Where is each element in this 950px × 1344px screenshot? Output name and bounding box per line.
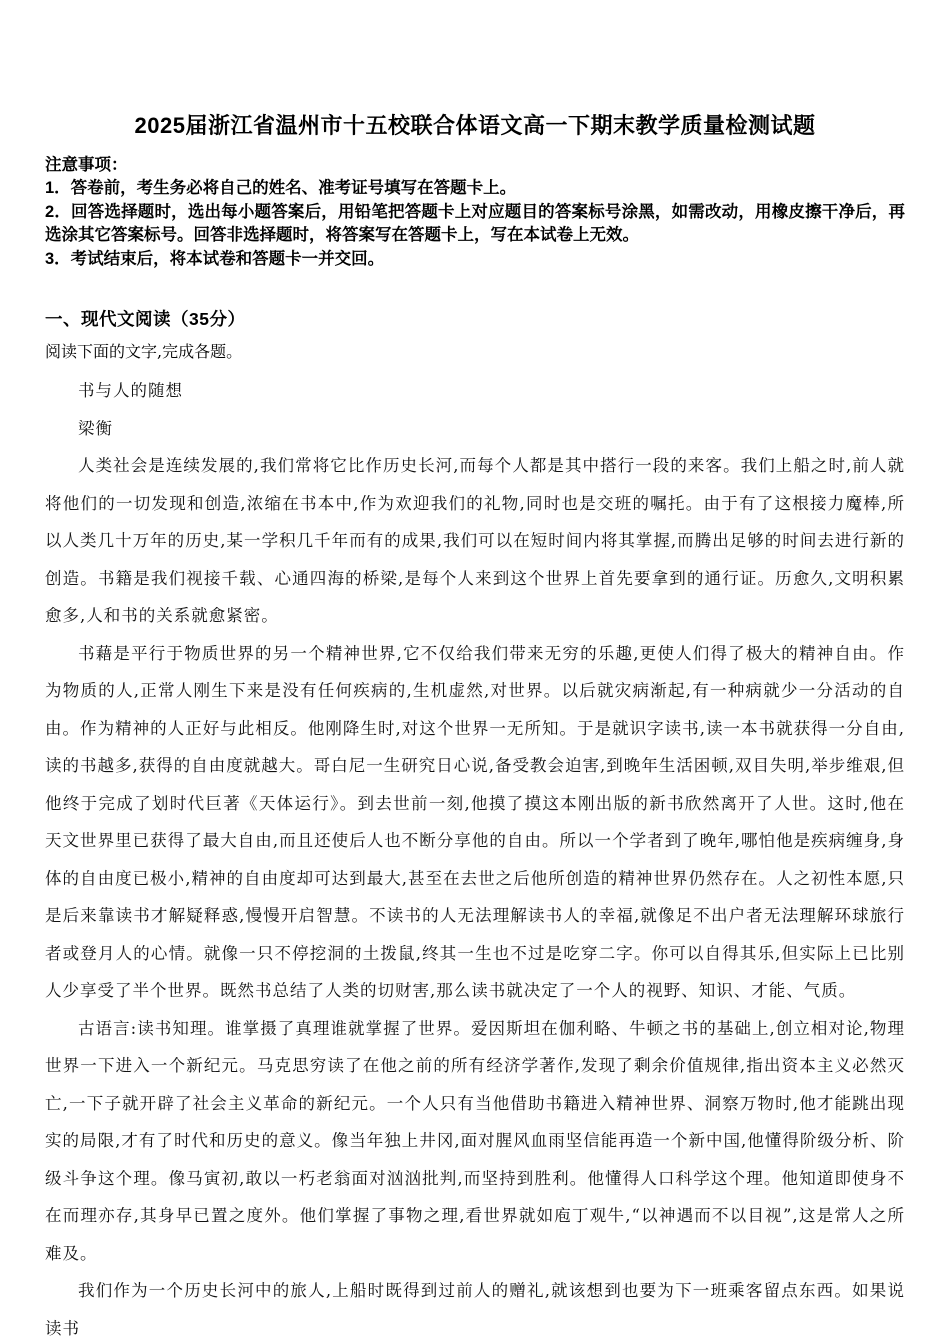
essay-author: 梁衡 <box>45 410 905 448</box>
page-title: 2025届浙江省温州市十五校联合体语文高一下期末教学质量检测试题 <box>45 112 905 141</box>
reading-instruction: 阅读下面的文字,完成各题。 <box>45 339 905 362</box>
notice-item-1: 1．答卷前，考生务必将自己的姓名、准考证号填写在答题卡上。 <box>45 177 905 201</box>
essay-paragraph-3: 古语言:读书知理。谁掌摄了真理谁就掌握了世界。爱因斯坦在伽利略、牛顿之书的基础上… <box>45 1010 905 1273</box>
essay-paragraph-4: 我们作为一个历史长河中的旅人,上船时既得到过前人的赠礼,就该想到也要为下一班乘客… <box>45 1272 905 1344</box>
notice-heading: 注意事项： <box>45 154 905 178</box>
essay-paragraph-1: 人类社会是连续发展的,我们常将它比作历史长河,而每个人都是其中搭行一段的来客。我… <box>45 447 905 635</box>
notice-item-2: 2．回答选择题时，选出每小题答案后，用铅笔把答题卡上对应题目的答案标号涂黑，如需… <box>45 201 905 248</box>
section-heading-modern-text-reading: 一、现代文阅读（35分） <box>45 306 905 331</box>
essay-body: 书与人的随想 梁衡 人类社会是连续发展的,我们常将它比作历史长河,而每个人都是其… <box>45 372 905 1344</box>
notice-section: 注意事项： 1．答卷前，考生务必将自己的姓名、准考证号填写在答题卡上。 2．回答… <box>45 154 905 272</box>
essay-title: 书与人的随想 <box>45 372 905 410</box>
notice-item-3: 3．考试结束后，将本试卷和答题卡一并交回。 <box>45 248 905 272</box>
essay-paragraph-2: 书藉是平行于物质世界的另一个精神世界,它不仅给我们带来无穷的乐趣,更使人们得了极… <box>45 635 905 1010</box>
exam-paper-page: 2025届浙江省温州市十五校联合体语文高一下期末教学质量检测试题 注意事项： 1… <box>0 0 950 1344</box>
